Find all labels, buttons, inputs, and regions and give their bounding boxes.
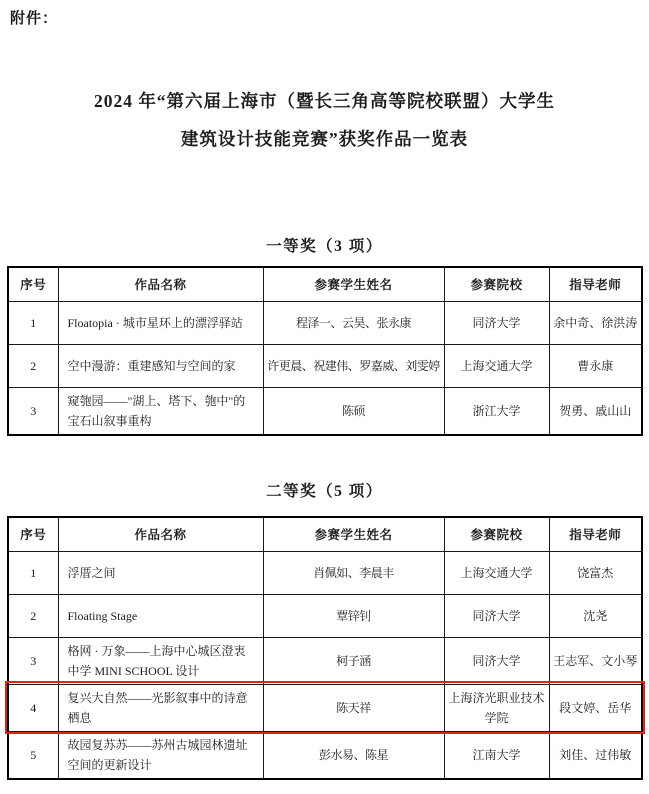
cell-serial: 2 (8, 594, 58, 637)
attachment-label: 附件： (10, 7, 58, 28)
cell-teachers: 王志军、文小琴 (549, 637, 642, 684)
cell-school: 上海交通大学 (444, 551, 549, 594)
table-row: 1Floatopia · 城市星环上的漂浮驿站程泽一、云昊、张永康同济大学余中奇… (8, 301, 642, 344)
cell-teachers: 饶富杰 (549, 551, 642, 594)
document-page: 附件： 2024 年“第六届上海市（暨长三角高等院校联盟）大学生 建筑设计技能竞… (0, 0, 649, 794)
column-header-teachers: 指导老师 (549, 267, 642, 301)
cell-work-title: 空中漫游：重建感知与空间的家 (58, 344, 263, 387)
cell-serial: 5 (8, 731, 58, 779)
column-header-school: 参赛院校 (444, 267, 549, 301)
cell-serial: 2 (8, 344, 58, 387)
cell-school: 同济大学 (444, 594, 549, 637)
table-row: 2Floating Stage覃锌钊同济大学沈尧 (8, 594, 642, 637)
table-row: 1浮厝之间肖佩如、李晨丰上海交通大学饶富杰 (8, 551, 642, 594)
section-heading-second-prize: 二等奖（5 项） (0, 479, 649, 501)
table-row: 5故园复苏苏——苏州古城园林遗址空间的更新设计彭水易、陈星江南大学刘佳、过伟敏 (8, 731, 642, 779)
cell-serial: 4 (8, 684, 58, 731)
cell-work-title: 故园复苏苏——苏州古城园林遗址空间的更新设计 (58, 731, 263, 779)
page-title-line-2: 建筑设计技能竞赛”获奖作品一览表 (0, 120, 649, 158)
cell-students: 肖佩如、李晨丰 (263, 551, 444, 594)
cell-teachers: 段文婷、岳华 (549, 684, 642, 731)
cell-school: 同济大学 (444, 637, 549, 684)
table-header-row: 序号 作品名称 参赛学生姓名 参赛院校 指导老师 (8, 517, 642, 551)
column-header-students: 参赛学生姓名 (263, 267, 444, 301)
cell-serial: 3 (8, 637, 58, 684)
cell-school: 浙江大学 (444, 387, 549, 435)
cell-teachers: 曹永康 (549, 344, 642, 387)
cell-work-title: 格网 · 万象——上海中心城区澄衷中学 MINI SCHOOL 设计 (58, 637, 263, 684)
table-row: 3格网 · 万象——上海中心城区澄衷中学 MINI SCHOOL 设计柯子涵同济… (8, 637, 642, 684)
column-header-school: 参赛院校 (444, 517, 549, 551)
cell-school: 同济大学 (444, 301, 549, 344)
second-prize-table: 序号 作品名称 参赛学生姓名 参赛院校 指导老师 1浮厝之间肖佩如、李晨丰上海交… (7, 516, 643, 780)
column-header-students: 参赛学生姓名 (263, 517, 444, 551)
column-header-work: 作品名称 (58, 517, 263, 551)
cell-work-title: 窥匏园——"湖上、塔下、匏中"的宝石山叙事重构 (58, 387, 263, 435)
cell-teachers: 刘佳、过伟敏 (549, 731, 642, 779)
column-header-serial: 序号 (8, 267, 58, 301)
column-header-teachers: 指导老师 (549, 517, 642, 551)
cell-work-title: Floatopia · 城市星环上的漂浮驿站 (58, 301, 263, 344)
section-heading-first-prize: 一等奖（3 项） (0, 234, 649, 256)
cell-students: 陈天祥 (263, 684, 444, 731)
cell-serial: 1 (8, 301, 58, 344)
cell-students: 程泽一、云昊、张永康 (263, 301, 444, 344)
cell-students: 柯子涵 (263, 637, 444, 684)
cell-work-title: 浮厝之间 (58, 551, 263, 594)
table-row: 2空中漫游：重建感知与空间的家许更晨、祝建伟、罗嘉威、刘雯婷上海交通大学曹永康 (8, 344, 642, 387)
table-row-highlighted: 4复兴大自然——光影叙事中的诗意栖息陈天祥上海济光职业技术学院段文婷、岳华 (8, 684, 642, 731)
cell-serial: 3 (8, 387, 58, 435)
table-row: 3窥匏园——"湖上、塔下、匏中"的宝石山叙事重构陈硕浙江大学贺勇、戚山山 (8, 387, 642, 435)
cell-serial: 1 (8, 551, 58, 594)
page-title: 2024 年“第六届上海市（暨长三角高等院校联盟）大学生 建筑设计技能竞赛”获奖… (0, 82, 649, 158)
cell-school: 江南大学 (444, 731, 549, 779)
cell-teachers: 余中奇、徐洪涛 (549, 301, 642, 344)
cell-students: 许更晨、祝建伟、罗嘉威、刘雯婷 (263, 344, 444, 387)
column-header-work: 作品名称 (58, 267, 263, 301)
table-header-row: 序号 作品名称 参赛学生姓名 参赛院校 指导老师 (8, 267, 642, 301)
first-prize-table: 序号 作品名称 参赛学生姓名 参赛院校 指导老师 1Floatopia · 城市… (7, 266, 643, 436)
column-header-serial: 序号 (8, 517, 58, 551)
cell-work-title: 复兴大自然——光影叙事中的诗意栖息 (58, 684, 263, 731)
page-title-line-1: 2024 年“第六届上海市（暨长三角高等院校联盟）大学生 (0, 82, 649, 120)
cell-school: 上海济光职业技术学院 (444, 684, 549, 731)
cell-students: 覃锌钊 (263, 594, 444, 637)
cell-students: 彭水易、陈星 (263, 731, 444, 779)
cell-work-title: Floating Stage (58, 594, 263, 637)
cell-school: 上海交通大学 (444, 344, 549, 387)
cell-students: 陈硕 (263, 387, 444, 435)
cell-teachers: 贺勇、戚山山 (549, 387, 642, 435)
cell-teachers: 沈尧 (549, 594, 642, 637)
